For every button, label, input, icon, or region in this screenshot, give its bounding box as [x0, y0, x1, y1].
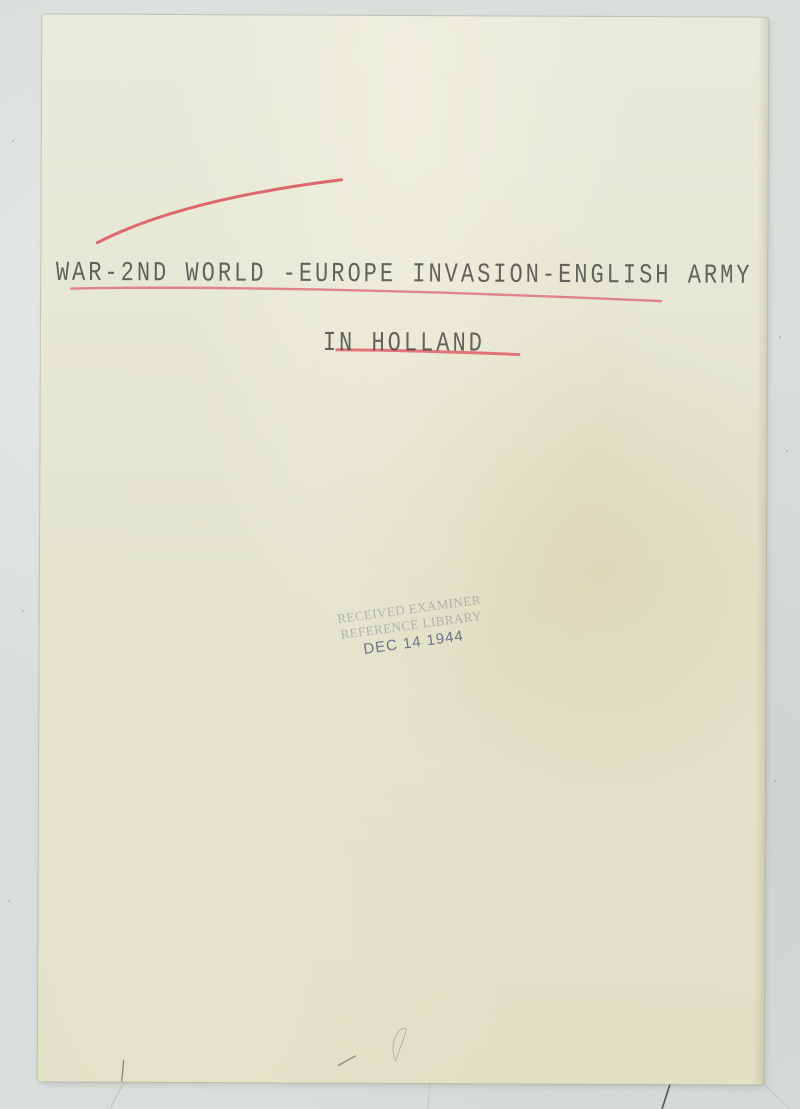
surface-speck	[12, 140, 14, 142]
document-sheet: WAR-2ND WORLD -EUROPE INVASION-ENGLISH A…	[38, 14, 769, 1084]
caption-line-2: IN HOLLAND	[41, 326, 767, 360]
caption-line-1: WAR-2ND WORLD -EUROPE INVASION-ENGLISH A…	[41, 257, 767, 291]
pencil-marks	[38, 14, 769, 1084]
red-pencil-marks	[38, 14, 769, 1084]
surface-speck	[774, 780, 776, 782]
surface-speck	[8, 900, 10, 902]
surface-speck	[22, 610, 24, 612]
sheet-edge-shadow	[754, 18, 769, 1085]
received-stamp: RECEIVED EXAMINER REFERENCE LIBRARY DEC …	[334, 591, 490, 663]
surface-speck	[786, 450, 788, 452]
surface-speck	[779, 336, 781, 338]
